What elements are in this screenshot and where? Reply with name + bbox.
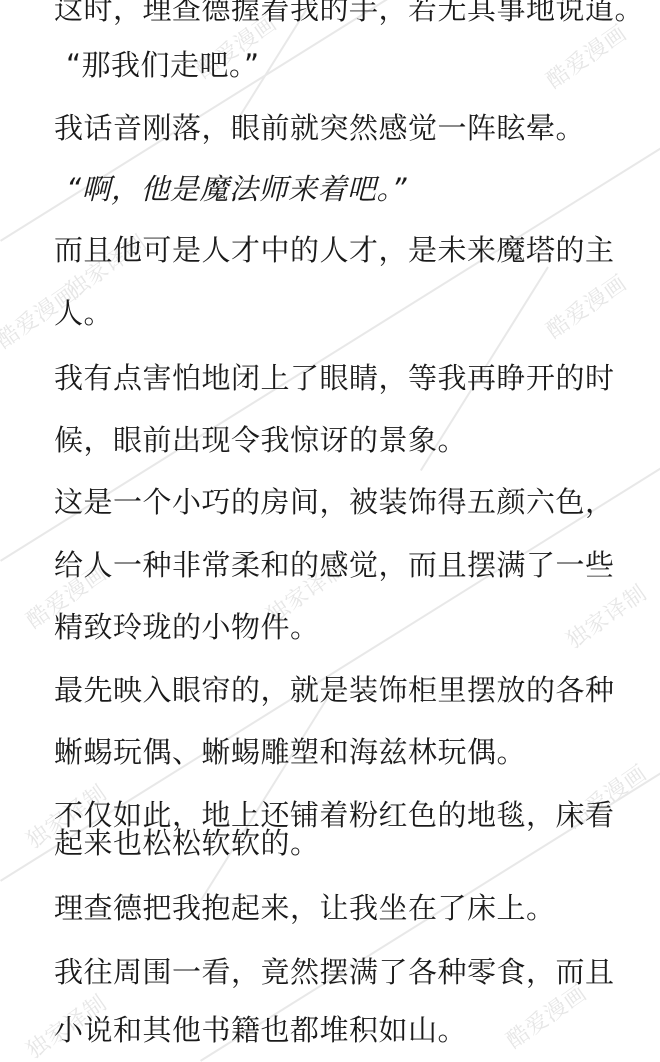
text-line: 这时，理查德握着我的手，若无其事地说道。 — [54, 0, 644, 26]
text-line: 小说和其他书籍也都堆积如山。 — [54, 1013, 467, 1047]
text-line: 精致玲珑的小物件。 — [54, 610, 320, 644]
text-line: 我话音刚落，眼前就突然感觉一阵眩晕。 — [54, 111, 585, 145]
text-line: 我往周围一看，竟然摆满了各种零食，而且 — [54, 955, 615, 989]
text-line: “那我们走吧。” — [66, 48, 260, 82]
novel-page: 这时，理查德握着我的手，若无其事地说道。“那我们走吧。”我话音刚落，眼前就突然感… — [0, 0, 660, 1062]
inner-thought-line: “啊，他是魔法师来着吧。” — [66, 172, 407, 206]
text-line: 蜥蜴玩偶、蜥蜴雕塑和海兹林玩偶。 — [54, 735, 526, 769]
text-line: 而且他可是人才中的人才，是未来魔塔的主 — [54, 233, 615, 267]
text-line: 这是一个小巧的房间，被装饰得五颜六色， — [54, 485, 615, 519]
text-line: 我有点害怕地闭上了眼睛，等我再睁开的时 — [54, 361, 615, 395]
text-line: 给人一种非常柔和的感觉，而且摆满了一些 — [54, 548, 615, 582]
text-line: 最先映入眼帘的，就是装饰柜里摆放的各种 — [54, 673, 615, 707]
text-line: 理查德把我抱起来，让我坐在了床上。 — [54, 891, 556, 925]
text-line: 人。 — [54, 296, 113, 330]
text-line: 候，眼前出现令我惊讶的景象。 — [54, 423, 467, 457]
text-line: 起来也松松软软的。 — [54, 826, 320, 860]
